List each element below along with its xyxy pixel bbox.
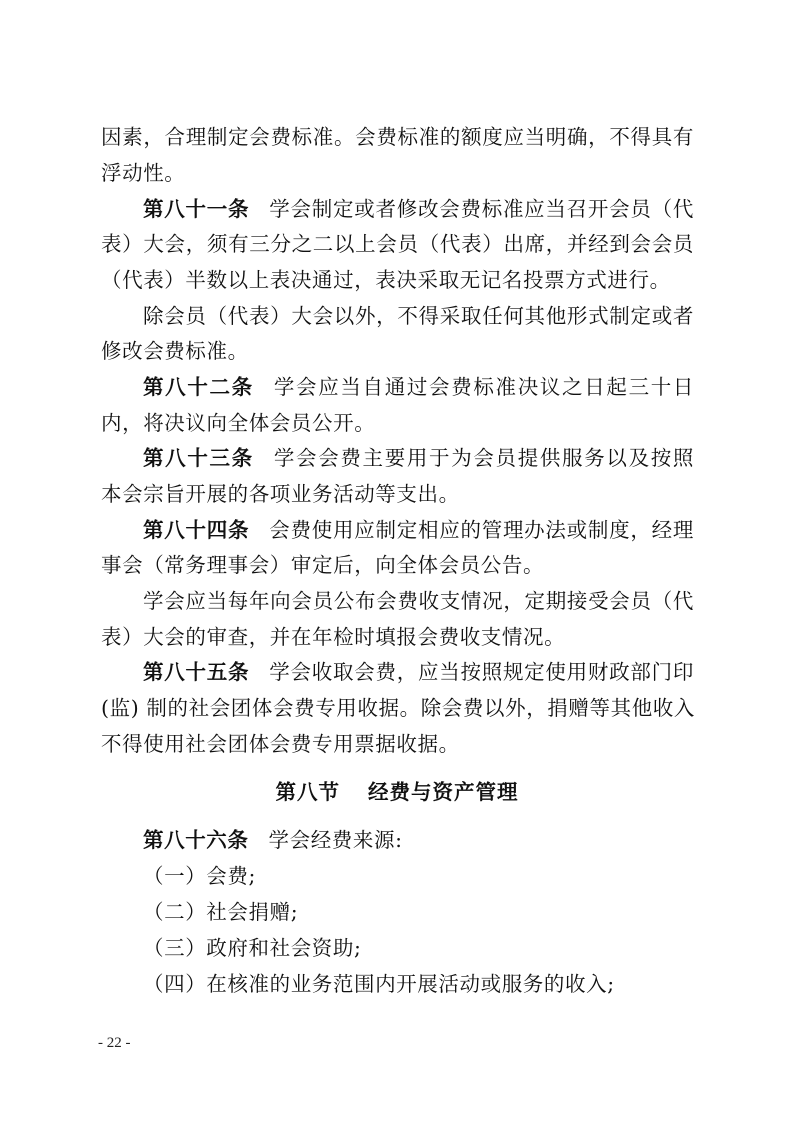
- article-81-line: 第八十一条学会制定或者修改会费标准应当召开会员（代: [143, 195, 694, 223]
- list-item: （二）社会捐赠;: [143, 898, 694, 926]
- line-text: （二）社会捐赠;: [143, 900, 298, 924]
- paragraph-line: 浮动性。: [101, 159, 694, 187]
- paragraph-line: 学会应当每年向会员公布会费收支情况，定期接受会员（代: [143, 587, 694, 615]
- line-text: 内，将决议向全体会员公开。: [101, 411, 375, 435]
- article-label: 第八十六条: [143, 828, 249, 852]
- paragraph-line: 不得使用社会团体会费专用票据收据。: [101, 730, 694, 758]
- paragraph-line: 修改会费标准。: [101, 337, 694, 365]
- line-text: 学会经费来源:: [269, 828, 403, 852]
- article-85-line: 第八十五条学会收取会费，应当按照规定使用财政部门印: [143, 658, 694, 686]
- line-text: 事会（常务理事会）审定后，向全体会员公告。: [101, 553, 544, 577]
- section-number: 第八节: [276, 780, 341, 804]
- line-text: 学会应当每年向会员公布会费收支情况，定期接受会员（代: [143, 589, 694, 613]
- paragraph-line: 除会员（代表）大会以外，不得采取任何其他形式制定或者: [143, 302, 694, 330]
- line-text: （代表）半数以上表决通过，表决采取无记名投票方式进行。: [101, 268, 671, 292]
- section-title: 经费与资产管理: [368, 780, 519, 804]
- article-84-line: 第八十四条会费使用应制定相应的管理办法或制度，经理: [143, 516, 694, 544]
- article-82-line: 第八十二条学会应当自通过会费标准决议之日起三十日: [143, 373, 694, 401]
- article-label: 第八十四条: [143, 518, 249, 542]
- paragraph-line: 事会（常务理事会）审定后，向全体会员公告。: [101, 551, 694, 579]
- list-item: （三）政府和社会资助;: [143, 934, 694, 962]
- line-text: 本会宗旨开展的各项业务活动等支出。: [101, 482, 460, 506]
- line-text: 学会应当自通过会费标准决议之日起三十日: [274, 375, 694, 399]
- paragraph-line: 表）大会，须有三分之二以上会员（代表）出席，并经到会会员: [101, 230, 694, 258]
- paragraph-line: 表）大会的审查，并在年检时填报会费收支情况。: [101, 623, 694, 651]
- line-text: 表）大会的审查，并在年检时填报会费收支情况。: [101, 625, 565, 649]
- list-item: （四）在核准的业务范围内开展活动或服务的收入;: [143, 970, 694, 998]
- document-page: 因素，合理制定会费标准。会费标准的额度应当明确，不得具有 浮动性。 第八十一条学…: [0, 0, 794, 1122]
- line-text: （四）在核准的业务范围内开展活动或服务的收入;: [143, 972, 615, 996]
- line-text: 因素，合理制定会费标准。会费标准的额度应当明确，不得具有: [101, 125, 694, 149]
- line-text: （一）会费;: [143, 864, 256, 888]
- paragraph-line: （代表）半数以上表决通过，表决采取无记名投票方式进行。: [101, 266, 694, 294]
- line-text: 会费使用应制定相应的管理办法或制度，经理: [269, 518, 694, 542]
- article-83-line: 第八十三条学会会费主要用于为会员提供服务以及按照: [143, 444, 694, 472]
- page-number: - 22 -: [98, 1034, 131, 1052]
- article-86-line: 第八十六条学会经费来源:: [143, 826, 694, 854]
- article-label: 第八十三条: [143, 446, 254, 470]
- paragraph-line: 内，将决议向全体会员公开。: [101, 409, 694, 437]
- line-text: （三）政府和社会资助;: [143, 936, 362, 960]
- article-label: 第八十二条: [143, 375, 254, 399]
- article-label: 第八十一条: [143, 197, 249, 221]
- line-text: 修改会费标准。: [101, 339, 249, 363]
- line-text: 学会收取会费，应当按照规定使用财政部门印: [269, 660, 694, 684]
- line-text: 学会制定或者修改会费标准应当召开会员（代: [269, 197, 694, 221]
- line-text: 不得使用社会团体会费专用票据收据。: [101, 732, 460, 756]
- article-label: 第八十五条: [143, 660, 249, 684]
- paragraph-line: 本会宗旨开展的各项业务活动等支出。: [101, 480, 694, 508]
- list-item: （一）会费;: [143, 862, 694, 890]
- line-text: 浮动性。: [101, 161, 185, 185]
- line-text: 学会会费主要用于为会员提供服务以及按照: [274, 446, 694, 470]
- line-text: (监) 制的社会团体会费专用收据。除会费以外，捐赠等其他收入: [101, 696, 695, 720]
- paragraph-line: (监) 制的社会团体会费专用收据。除会费以外，捐赠等其他收入: [101, 694, 694, 722]
- line-text: 除会员（代表）大会以外，不得采取任何其他形式制定或者: [143, 304, 694, 328]
- paragraph-line: 因素，合理制定会费标准。会费标准的额度应当明确，不得具有: [101, 123, 694, 151]
- section-heading: 第八节经费与资产管理: [0, 778, 794, 806]
- line-text: 表）大会，须有三分之二以上会员（代表）出席，并经到会会员: [101, 232, 694, 256]
